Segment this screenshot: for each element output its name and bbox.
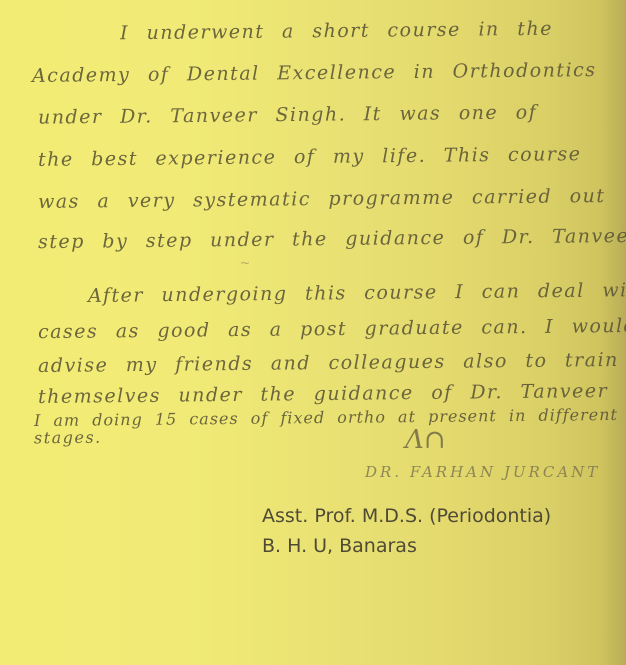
signature-mark: Ʌ∩ <box>405 425 446 455</box>
stray-ink-mark: ~ <box>240 256 250 270</box>
signature-name: DR. FARHAN JURCANT <box>365 463 600 481</box>
handwritten-line-5: was a very systematic programme carried … <box>38 185 606 213</box>
handwritten-line-8: cases as good as a post graduate can. I … <box>38 315 626 343</box>
handwritten-line-12: stages. <box>34 428 102 448</box>
handwritten-line-9: advise my friends and colleagues also to… <box>38 349 619 377</box>
handwritten-line-1: I underwent a short course in the <box>120 18 553 45</box>
handwritten-line-6: step by step under the guidance of Dr. T… <box>38 225 626 253</box>
designation-text: Asst. Prof. M.D.S. (Periodontia) <box>262 505 551 527</box>
institution-text: B. H. U, Banaras <box>262 535 417 557</box>
handwritten-line-7: After undergoing this course I can deal … <box>88 279 626 307</box>
handwritten-line-3: under Dr. Tanveer Singh. It was one of <box>38 101 537 128</box>
handwritten-line-2: Academy of Dental Excellence in Orthodon… <box>32 59 597 87</box>
handwritten-line-11: I am doing 15 cases of fixed ortho at pr… <box>34 405 618 430</box>
handwritten-line-4: the best experience of my life. This cou… <box>38 143 582 171</box>
testimonial-document: I underwent a short course in the Academ… <box>0 0 626 665</box>
handwritten-line-10: themselves under the guidance of Dr. Tan… <box>38 380 608 408</box>
